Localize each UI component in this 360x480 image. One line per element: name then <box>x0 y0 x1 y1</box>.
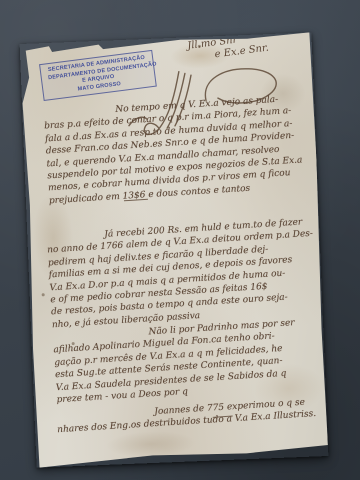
manuscript-paper: SECRETARIA DE ADMINISTRAÇÃO DEPARTAMENTO… <box>20 32 329 467</box>
photograph-background: SECRETARIA DE ADMINISTRAÇÃO DEPARTAMENTO… <box>0 0 360 480</box>
manuscript-paragraph: No tempo em q V. Ex.a vejo as pala- bras… <box>43 90 328 208</box>
paper-stain <box>105 429 196 459</box>
ink-speck <box>42 293 45 296</box>
manuscript-paragraph: Já recebi 200 Rs. em huld e tum.to de fa… <box>46 214 328 332</box>
